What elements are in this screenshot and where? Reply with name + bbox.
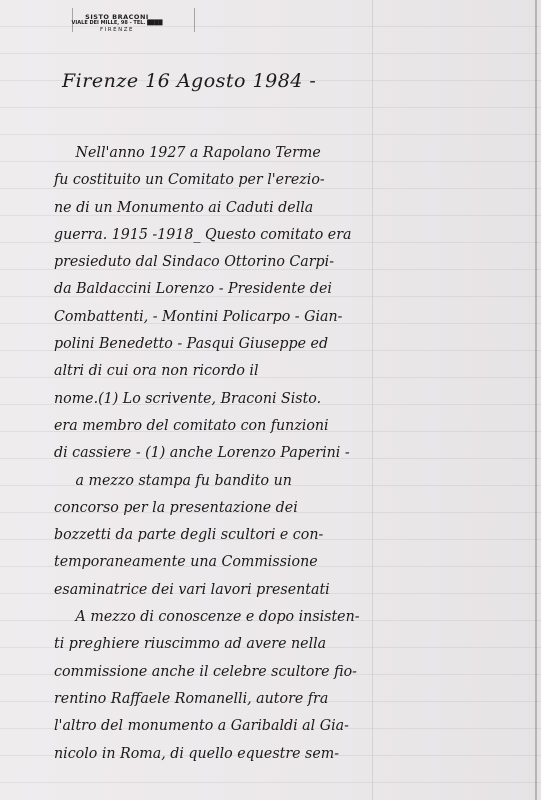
text-line: ne di un Monumento ai Caduti della xyxy=(54,195,377,222)
letter-body: Nell'anno 1927 a Rapolano Terme fu costi… xyxy=(54,140,384,768)
text-line: da Baldaccini Lorenzo - Presidente dei xyxy=(54,276,377,303)
paragraph-2: a mezzo stampa fu bandito un concorso pe… xyxy=(54,468,384,604)
text-line: ti preghiere riuscimmo ad avere nella xyxy=(54,631,377,658)
text-line: presieduto dal Sindaco Ottorino Carpi- xyxy=(54,249,377,276)
text-line: Nell'anno 1927 a Rapolano Terme xyxy=(54,140,377,167)
text-line: altri di cui ora non ricordo il xyxy=(54,358,377,385)
text-line: esaminatrice dei vari lavori presentati xyxy=(54,577,377,604)
text-line: di cassiere - (1) anche Lorenzo Paperini… xyxy=(54,440,377,467)
text-line: rentino Raffaele Romanelli, autore fra xyxy=(54,686,377,713)
text-line: Combattenti, - Montini Policarpo - Gian- xyxy=(54,304,377,331)
text-line: fu costituito un Comitato per l'erezio- xyxy=(54,167,377,194)
text-line: temporaneamente una Commissione xyxy=(54,549,377,576)
stamp-city: FIRENZE xyxy=(58,27,176,33)
text-line: guerra. 1915 -1918_ Questo comitato era xyxy=(54,222,377,249)
text-line: commissione anche il celebre scultore fi… xyxy=(54,659,377,686)
text-line: era membro del comitato con funzioni xyxy=(54,413,377,440)
paragraph-1: Nell'anno 1927 a Rapolano Terme fu costi… xyxy=(54,140,384,468)
text-line: nicolo in Roma, di quello equestre sem- xyxy=(54,741,377,768)
text-line: A mezzo di conoscenze e dopo insisten- xyxy=(54,604,377,631)
stamp-border-right xyxy=(194,8,195,32)
text-line: nome.(1) Lo scrivente, Braconi Sisto. xyxy=(54,386,377,413)
date-line: Firenze 16 Agosto 1984 - xyxy=(62,70,316,92)
scanned-letter-page: SISTO BRACONI VIALE DEI MILLE, 98 - TEL.… xyxy=(0,0,541,800)
text-line: bozzetti da parte degli scultori e con- xyxy=(54,522,377,549)
text-line: a mezzo stampa fu bandito un xyxy=(54,468,377,495)
text-line: l'altro del monumento a Garibaldi al Gia… xyxy=(54,713,377,740)
page-edge-crease xyxy=(535,0,537,800)
paragraph-3: A mezzo di conoscenze e dopo insisten- t… xyxy=(54,604,384,768)
letterhead-stamp: SISTO BRACONI VIALE DEI MILLE, 98 - TEL.… xyxy=(58,14,176,34)
text-line: concorso per la presentazione dei xyxy=(54,495,377,522)
text-line: polini Benedetto - Pasqui Giuseppe ed xyxy=(54,331,377,358)
